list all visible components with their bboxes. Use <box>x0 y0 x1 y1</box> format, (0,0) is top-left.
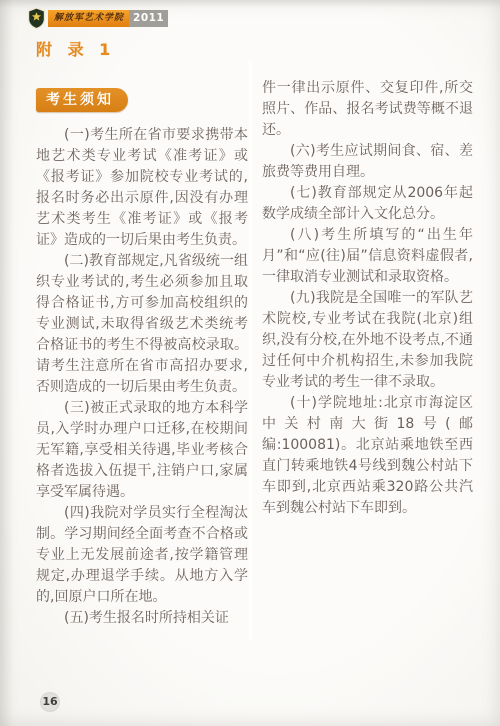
column-gutter-highlight <box>247 60 254 640</box>
academy-shield-emblem-icon <box>27 7 46 29</box>
page-number-badge: 16 <box>40 692 60 712</box>
header-brand-bar: 解放军艺术学院 2011 <box>27 7 168 29</box>
paragraph-2: (二)教育部规定,凡省级统一组织专业考试的,考生必须参加且取得合格证书,方可参加… <box>36 251 248 398</box>
paragraph-4: (四)我院对学员实行全程淘汰制。学习期间经全面考查不合格或专业上无发展前途者,按… <box>36 503 248 608</box>
right-text-column: 件一律出示原件、交复印件,所交照片、作品、报名考试费等概不退还。 (六)考生应试… <box>262 78 473 519</box>
left-text-column: 考生须知 (一)考生所在省市要求携带本地艺术类专业考试《准考证》或《报考证》参加… <box>36 88 248 629</box>
section-title-tab: 考生须知 <box>36 88 128 112</box>
paragraph-8: (八)考生所填写的“出生年月”和“应(往)届”信息资料虚假者,一律取消专业测试和… <box>262 225 473 288</box>
left-column-paragraphs: (一)考生所在省市要求携带本地艺术类专业考试《准考证》或《报考证》参加院校专业考… <box>36 125 248 629</box>
paragraph-9: (九)我院是全国唯一的军队艺术院校,专业考试在我院(北京)组织,没有分校,在外地… <box>262 288 473 393</box>
paragraph-10: (十)学院地址:北京市海淀区中关村南大街18号(邮编:100081)。北京站乘地… <box>262 393 473 519</box>
paragraph-6: (六)考生应试期间食、宿、差旅费等费用自理。 <box>262 141 473 183</box>
paragraph-7: (七)教育部规定从2006年起数学成绩全部计入文化总分。 <box>262 183 473 225</box>
scanned-document-page: 解放军艺术学院 2011 附 录 1 考生须知 (一)考生所在省市要求携带本地艺… <box>0 0 500 726</box>
academy-name-banner: 解放军艺术学院 <box>48 10 129 27</box>
year-badge: 2011 <box>129 10 168 27</box>
paragraph-5-start: (五)考生报名时所持相关证 <box>36 608 248 629</box>
appendix-title: 附 录 1 <box>36 37 115 60</box>
paragraph-5-continued: 件一律出示原件、交复印件,所交照片、作品、报名考试费等概不退还。 <box>262 78 473 141</box>
paragraph-3: (三)被正式录取的地方本科学员,入学时办理户口迁移,在校期间无军籍,享受相关待遇… <box>36 398 248 503</box>
scan-edge-shadow-left <box>0 0 14 726</box>
paragraph-1: (一)考生所在省市要求携带本地艺术类专业考试《准考证》或《报考证》参加院校专业考… <box>36 125 248 251</box>
